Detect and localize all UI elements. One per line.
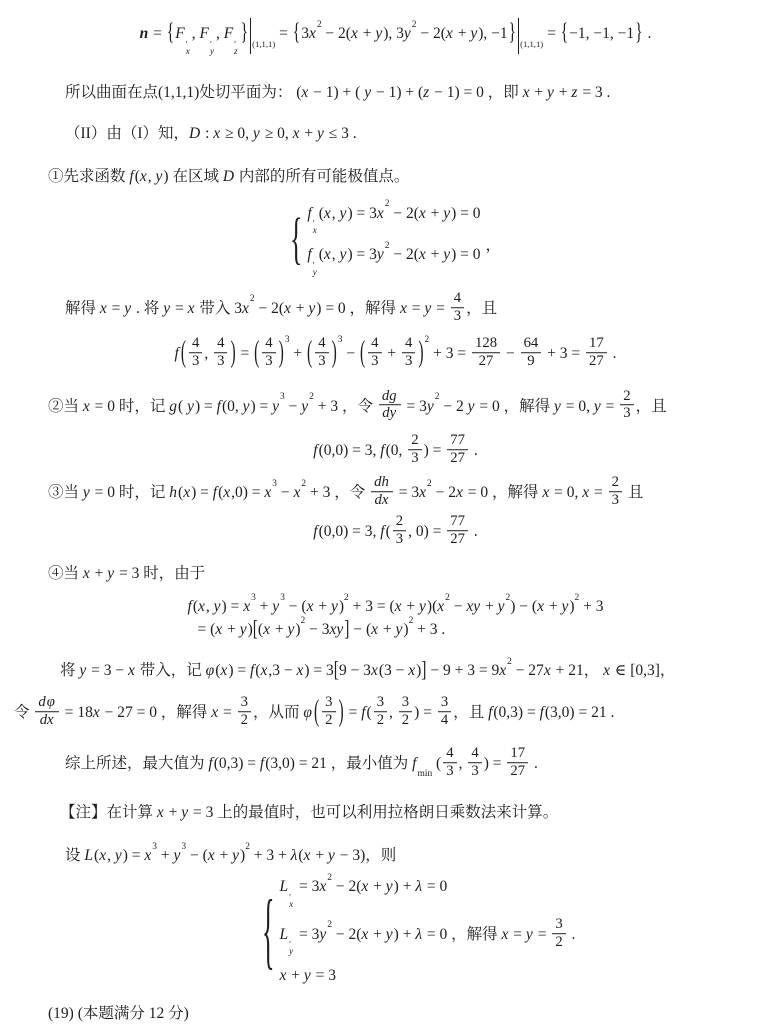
part2-domain-line: （II）由（I）知，D : x ≥ 0, y ≥ 0, x + y ≤ 3 . [65, 123, 751, 145]
substitute-line: 将 y = 3 − x 带入，记 φ(x) = f(x,3 − x) = 3[9… [60, 660, 751, 682]
solve-interior-line: 解得 x = y . 将 y = x 带入 3x2 − 2(x + y) = 0… [65, 292, 751, 327]
step3-y0-line: ③当 y = 0 时，记 h(x) = f(x,0) = x3 − x2 + 3… [48, 476, 751, 511]
system-equation-row: x + y = 3 [279, 965, 575, 987]
system-lagrange-group: {L′x = 3x2 − 2(x + y) + λ = 0L′y = 3y2 −… [262, 876, 575, 987]
note-line: 【注】在计算 x + y = 3 上的最值时，也可以利用拉格朗日乘数法来计算。 [60, 802, 751, 824]
eq-y0-values: f(0,0) = 3, f(23, 0) = 7727 . [40, 515, 751, 550]
step4-boundary-line: ④当 x + y = 3 时，由于 [48, 563, 751, 585]
eq-interior-value: f(43, 43) = (43)3 + (43)3 − (43 + 43)2 +… [40, 337, 751, 372]
conclusion-line: 综上所述，最大值为 f(0,3) = f(3,0) = 21 ，最小值为 fmi… [65, 747, 751, 782]
phi-derivative-line: 令 dφdx = 18x − 27 = 0 ，解得 x = 32，从而 φ(32… [14, 696, 751, 731]
system-partial-derivatives: {f′x(x, y) = 3x2 − 2(x + y) = 0f′y(x, y)… [40, 203, 751, 277]
equation-row: = (x + y)[(x + y)2 − 3xy] − (x + y)2 + 3… [188, 618, 604, 641]
problem19-line: (19) (本题满分 12 分) [48, 1003, 751, 1025]
system-lagrange: {L′x = 3x2 − 2(x + y) + λ = 0L′y = 3y2 −… [40, 876, 751, 987]
system-equation-row: f′x(x, y) = 3x2 − 2(x + y) = 0 [307, 203, 480, 236]
step1-intro-line: ①先求函数 f(x, y) 在区域 D 内部的所有可能极值点。 [48, 166, 751, 188]
system-partial-derivatives-group: {f′x(x, y) = 3x2 − 2(x + y) = 0f′y(x, y)… [290, 203, 501, 277]
eq-factorization: f(x, y) = x3 + y3 − (x + y)2 + 3 = (x + … [40, 595, 751, 642]
math-document: n = {F′x, F′y, F′z}(1,1,1) = {3x2 − 2(x … [0, 0, 781, 1025]
system-equation-row: L′x = 3x2 − 2(x + y) + λ = 0 [279, 876, 575, 909]
lagrange-setup-line: 设 L(x, y) = x3 + y3 − (x + y)2 + 3 + λ(x… [65, 845, 751, 867]
system-equation-row: L′y = 3y2 − 2(x + y) + λ = 0 ，解得 x = y =… [279, 918, 575, 957]
eq-normal-vector: n = {F′x, F′y, F′z}(1,1,1) = {3x2 − 2(x … [40, 18, 751, 56]
eq-factorization-rows: f(x, y) = x3 + y3 − (x + y)2 + 3 = (x + … [188, 595, 604, 642]
system-rows: L′x = 3x2 − 2(x + y) + λ = 0L′y = 3y2 − … [279, 876, 575, 987]
system-trailing-punctuation: ， [486, 235, 502, 257]
equation-row: f(x, y) = x3 + y3 − (x + y)2 + 3 = (x + … [188, 595, 604, 618]
system-brace: { [290, 211, 302, 268]
system-rows: f′x(x, y) = 3x2 − 2(x + y) = 0f′y(x, y) … [307, 203, 480, 277]
eq-x0-values: f(0,0) = 3, f(0, 23) = 7727 . [40, 434, 751, 469]
step2-x0-line: ②当 x = 0 时，记 g( y) = f(0, y) = y3 − y2 +… [48, 390, 751, 425]
system-equation-row: f′y(x, y) = 3y2 − 2(x + y) = 0 [307, 244, 480, 277]
system-brace: { [262, 889, 274, 975]
tangent-plane-line: 所以曲面在点(1,1,1)处切平面为： (x − 1) + ( y − 1) +… [65, 82, 751, 104]
